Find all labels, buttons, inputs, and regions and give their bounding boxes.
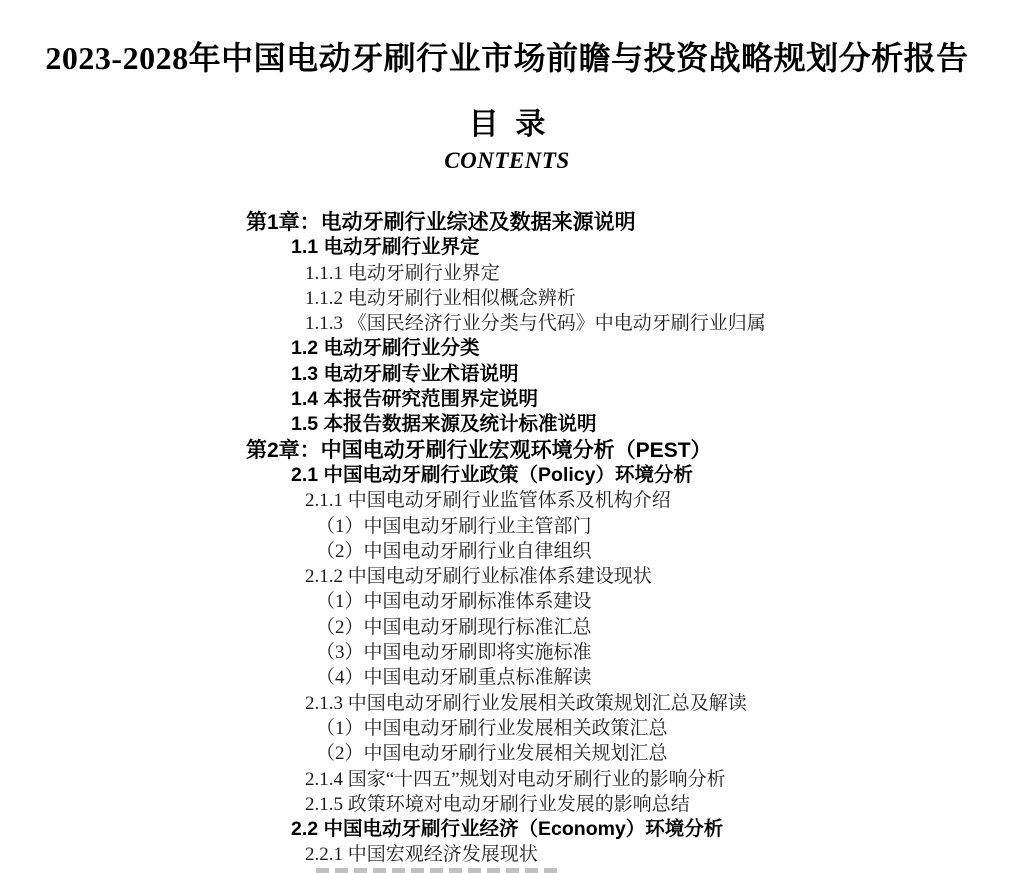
toc-entry: 1.1.3 《国民经济行业分类与代码》中电动牙刷行业归属: [0, 311, 1014, 336]
toc-entry: 1.5 本报告数据来源及统计标准说明: [0, 412, 1014, 437]
toc-entry: 1.4 本报告研究范围界定说明: [0, 387, 1014, 412]
toc-entry: 2.1 中国电动牙刷行业政策（Policy）环境分析: [0, 463, 1014, 488]
toc-entry: 1.1.1 电动牙刷行业界定: [0, 261, 1014, 286]
report-toc-page: 2023-2028年中国电动牙刷行业市场前瞻与投资战略规划分析报告 目 录 CO…: [0, 0, 1014, 873]
toc-entry: 2.1.1 中国电动牙刷行业监管体系及机构介绍: [0, 488, 1014, 513]
toc-entry: 第1章：电动牙刷行业综述及数据来源说明: [0, 210, 1014, 235]
toc-entry: （1）中国电动牙刷标准体系建设: [0, 589, 1014, 614]
toc-subheading: CONTENTS: [0, 148, 1014, 174]
toc-entry: （1）中国电动牙刷行业主管部门: [0, 514, 1014, 539]
toc-entry: （2）中国电动牙刷行业发展相关规划汇总: [0, 741, 1014, 766]
toc-entry: 2.1.3 中国电动牙刷行业发展相关政策规划汇总及解读: [0, 691, 1014, 716]
toc-entry: 2.1.4 国家“十四五”规划对电动牙刷行业的影响分析: [0, 767, 1014, 792]
toc-entry: 1.3 电动牙刷专业术语说明: [0, 362, 1014, 387]
toc-entry: 2.2.1 中国宏观经济发展现状: [0, 842, 1014, 867]
toc-entry: 1.2 电动牙刷行业分类: [0, 336, 1014, 361]
toc-entry: 2.1.5 政策环境对电动牙刷行业发展的影响总结: [0, 792, 1014, 817]
toc-entry: 2.2 中国电动牙刷行业经济（Economy）环境分析: [0, 817, 1014, 842]
toc-entry: 1.1 电动牙刷行业界定: [0, 235, 1014, 260]
toc-entry: （3）中国电动牙刷即将实施标准: [0, 640, 1014, 665]
report-title: 2023-2028年中国电动牙刷行业市场前瞻与投资战略规划分析报告: [0, 33, 1014, 79]
toc-heading: 目 录: [0, 99, 1014, 143]
toc-entry: （1）中国电动牙刷行业发展相关政策汇总: [0, 716, 1014, 741]
toc-entry: 第2章：中国电动牙刷行业宏观环境分析（PEST）: [0, 438, 1014, 463]
toc-entry: 1.1.2 电动牙刷行业相似概念辨析: [0, 286, 1014, 311]
toc-list: 第1章：电动牙刷行业综述及数据来源说明1.1 电动牙刷行业界定1.1.1 电动牙…: [0, 210, 1014, 868]
toc-entry: 2.1.2 中国电动牙刷行业标准体系建设现状: [0, 564, 1014, 589]
toc-entry: （2）中国电动牙刷行业自律组织: [0, 539, 1014, 564]
toc-entry: （2）中国电动牙刷现行标准汇总: [0, 615, 1014, 640]
toc-entry: （4）中国电动牙刷重点标准解读: [0, 665, 1014, 690]
clipped-next-line-fragment: [316, 868, 558, 873]
